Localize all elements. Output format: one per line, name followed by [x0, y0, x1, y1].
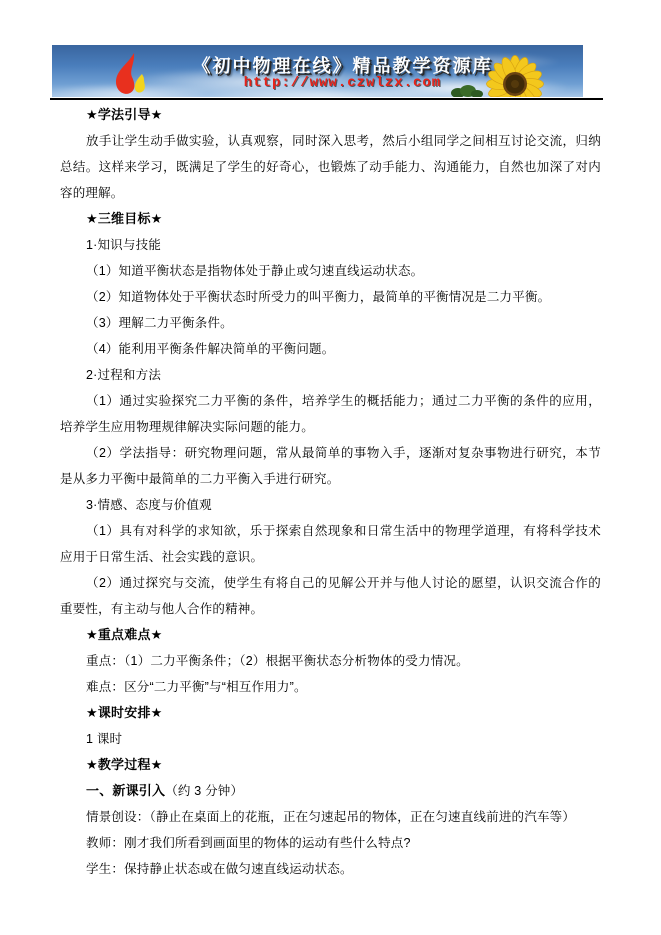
paragraph: （2）知道物体处于平衡状态时所受力的叫平衡力，最简单的平衡情况是二力平衡。 — [60, 284, 601, 310]
section-heading: 一、新课引入（约 3 分钟） — [60, 778, 601, 804]
paragraph: 难点：区分“二力平衡”与“相互作用力”。 — [60, 674, 601, 700]
paragraph: （1）知道平衡状态是指物体处于静止或匀速直线运动状态。 — [60, 258, 601, 284]
paragraph: 教师：刚才我们所看到画面里的物体的运动有些什么特点? — [60, 830, 601, 856]
paragraph: （1）具有对科学的求知欲，乐于探索自然现象和日常生活中的物理学道理，有将科学技术… — [60, 518, 601, 570]
paragraph: 1·知识与技能 — [60, 232, 601, 258]
paragraph: （2）通过探究与交流，使学生有将自己的见解公开并与他人讨论的愿望，认识交流合作的… — [60, 570, 601, 622]
heading-bold-part: 一、新课引入 — [86, 783, 165, 798]
paragraph: 放手让学生动手做实验，认真观察，同时深入思考，然后小组同学之间相互讨论交流，归纳… — [60, 128, 601, 206]
section-heading: ★重点难点★ — [60, 622, 601, 648]
plant-icon — [450, 81, 484, 97]
paragraph: 情景创设：（静止在桌面上的花瓶，正在匀速起吊的物体，正在匀速直线前进的汽车等） — [60, 804, 601, 830]
sunflower-icon — [485, 54, 545, 97]
paragraph: 3·情感、态度与价值观 — [60, 492, 601, 518]
section-heading: ★三维目标★ — [60, 206, 601, 232]
paragraph: 重点：（1）二力平衡条件；（2）根据平衡状态分析物体的受力情况。 — [60, 648, 601, 674]
section-heading: ★课时安排★ — [60, 700, 601, 726]
document-content: ★学法引导★ 放手让学生动手做实验，认真观察，同时深入思考，然后小组同学之间相互… — [60, 102, 601, 882]
paragraph: （3）理解二力平衡条件。 — [60, 310, 601, 336]
section-heading: ★学法引导★ — [60, 102, 601, 128]
paragraph: （2）学法指导：研究物理问题，常从最简单的事物入手，逐渐对复杂事物进行研究，本节… — [60, 440, 601, 492]
flame-logo-icon — [110, 52, 146, 96]
paragraph: 2·过程和方法 — [60, 362, 601, 388]
document-page: 《初中物理在线》精品教学资源库 http://www.czwlzx.com — [0, 0, 661, 935]
horizontal-rule — [50, 98, 603, 100]
paragraph: （1）通过实验探究二力平衡的条件，培养学生的概括能力；通过二力平衡的条件的应用，… — [60, 388, 601, 440]
site-banner: 《初中物理在线》精品教学资源库 http://www.czwlzx.com — [52, 45, 583, 97]
paragraph: 1 课时 — [60, 726, 601, 752]
paragraph: 学生：保持静止状态或在做匀速直线运动状态。 — [60, 856, 601, 882]
section-heading: ★教学过程★ — [60, 752, 601, 778]
heading-normal-part: （约 3 分钟） — [165, 784, 243, 798]
paragraph: （4）能利用平衡条件解决简单的平衡问题。 — [60, 336, 601, 362]
